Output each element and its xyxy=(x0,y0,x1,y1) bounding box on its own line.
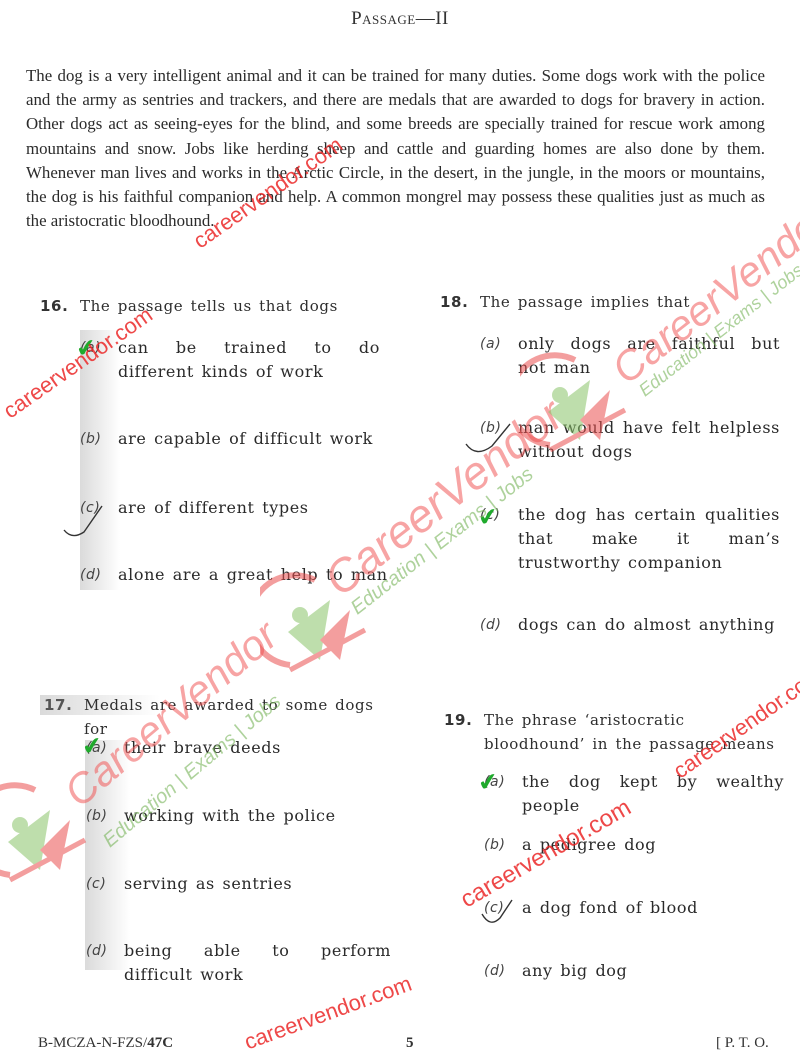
option-17a[interactable]: (a) their brave deeds xyxy=(86,736,386,760)
check-icon: ✔ xyxy=(476,769,499,796)
option-19c[interactable]: (c) a dog fond of blood xyxy=(484,896,784,920)
option-label: (b) xyxy=(484,833,522,857)
option-text: the dog kept by wealthy people xyxy=(522,770,784,818)
question-stem: The phrase ‘aristocratic bloodhound’ in … xyxy=(484,708,789,756)
question-18: 18. The passage implies that xyxy=(440,290,790,314)
question-stem: The passage implies that xyxy=(480,290,690,314)
option-label: (c) xyxy=(80,496,118,520)
option-18d[interactable]: (d) dogs can do almost anything xyxy=(480,613,780,637)
option-16a[interactable]: (a) can be trained to do different kinds… xyxy=(80,336,380,384)
booklet-code-suffix: 47C xyxy=(147,1035,173,1051)
question-number: 16. xyxy=(40,294,80,318)
option-17c[interactable]: (c) serving as sentries xyxy=(86,872,386,896)
option-16b[interactable]: (b) are capable of difficult work xyxy=(80,427,380,451)
question-19: 19. The phrase ‘aristocratic bloodhound’… xyxy=(444,708,789,756)
option-label: (b) xyxy=(86,804,124,828)
option-label: (c) xyxy=(86,872,124,896)
check-icon: ✔ xyxy=(80,733,103,760)
option-label: (c) xyxy=(484,896,522,920)
pto-label: [ P. T. O. xyxy=(716,1035,769,1052)
question-number: 18. xyxy=(440,290,480,314)
option-label: (d) xyxy=(80,563,118,587)
booklet-code: B-MCZA-N-FZS/47C xyxy=(38,1035,173,1052)
option-label: (d) xyxy=(484,959,522,983)
passage-text: The dog is a very intelligent animal and… xyxy=(26,64,765,233)
option-text: are capable of difficult work xyxy=(118,427,373,451)
option-18c[interactable]: (c) the dog has certain qualities that m… xyxy=(480,503,780,575)
option-19a[interactable]: (a) the dog kept by wealthy people xyxy=(484,770,784,818)
page-number: 5 xyxy=(406,1035,414,1052)
question-number: 19. xyxy=(444,708,484,756)
option-17b[interactable]: (b) working with the police xyxy=(86,804,386,828)
option-label: (d) xyxy=(480,613,518,637)
option-text: being able to perform difficult work xyxy=(124,939,391,987)
option-19b[interactable]: (b) a pedigree dog xyxy=(484,833,784,857)
passage-title: Passage—II xyxy=(0,8,800,30)
option-16c[interactable]: (c) are of different types xyxy=(80,496,380,520)
option-text: can be trained to do different kinds of … xyxy=(118,336,380,384)
question-16: 16. The passage tells us that dogs xyxy=(40,294,400,318)
question-number: 17. xyxy=(44,693,84,741)
option-text: the dog has certain qualities that make … xyxy=(518,503,780,575)
option-text: only dogs are faithful but not man xyxy=(518,332,780,380)
option-text: their brave deeds xyxy=(124,736,281,760)
option-text: alone are a great help to man xyxy=(118,563,388,587)
check-icon: ✔ xyxy=(476,504,499,531)
careervendor-logo-icon xyxy=(0,780,90,890)
scan-shade xyxy=(85,740,130,970)
option-18a[interactable]: (a) only dogs are faithful but not man xyxy=(480,332,780,380)
option-16d[interactable]: (d) alone are a great help to man xyxy=(80,563,400,587)
option-text: are of different types xyxy=(118,496,309,520)
question-stem: Medals are awarded to some dogs for xyxy=(84,693,404,741)
option-text: serving as sentries xyxy=(124,872,292,896)
option-text: man would have felt helpless without dog… xyxy=(518,416,780,464)
option-text: a pedigree dog xyxy=(522,833,656,857)
option-text: working with the police xyxy=(124,804,336,828)
option-label: (a) xyxy=(480,332,518,380)
option-text: dogs can do almost anything xyxy=(518,613,775,637)
option-label: (d) xyxy=(86,939,124,987)
option-19d[interactable]: (d) any big dog xyxy=(484,959,784,983)
option-text: a dog fond of blood xyxy=(522,896,698,920)
booklet-code-prefix: B-MCZA-N-FZS/ xyxy=(38,1035,147,1051)
question-stem: The passage tells us that dogs xyxy=(80,294,338,318)
option-text: any big dog xyxy=(522,959,627,983)
option-label: (b) xyxy=(80,427,118,451)
check-icon: ✔ xyxy=(74,335,97,362)
option-label: (b) xyxy=(480,416,518,464)
option-17d[interactable]: (d) being able to perform difficult work xyxy=(86,939,391,987)
option-18b[interactable]: (b) man would have felt helpless without… xyxy=(480,416,780,464)
